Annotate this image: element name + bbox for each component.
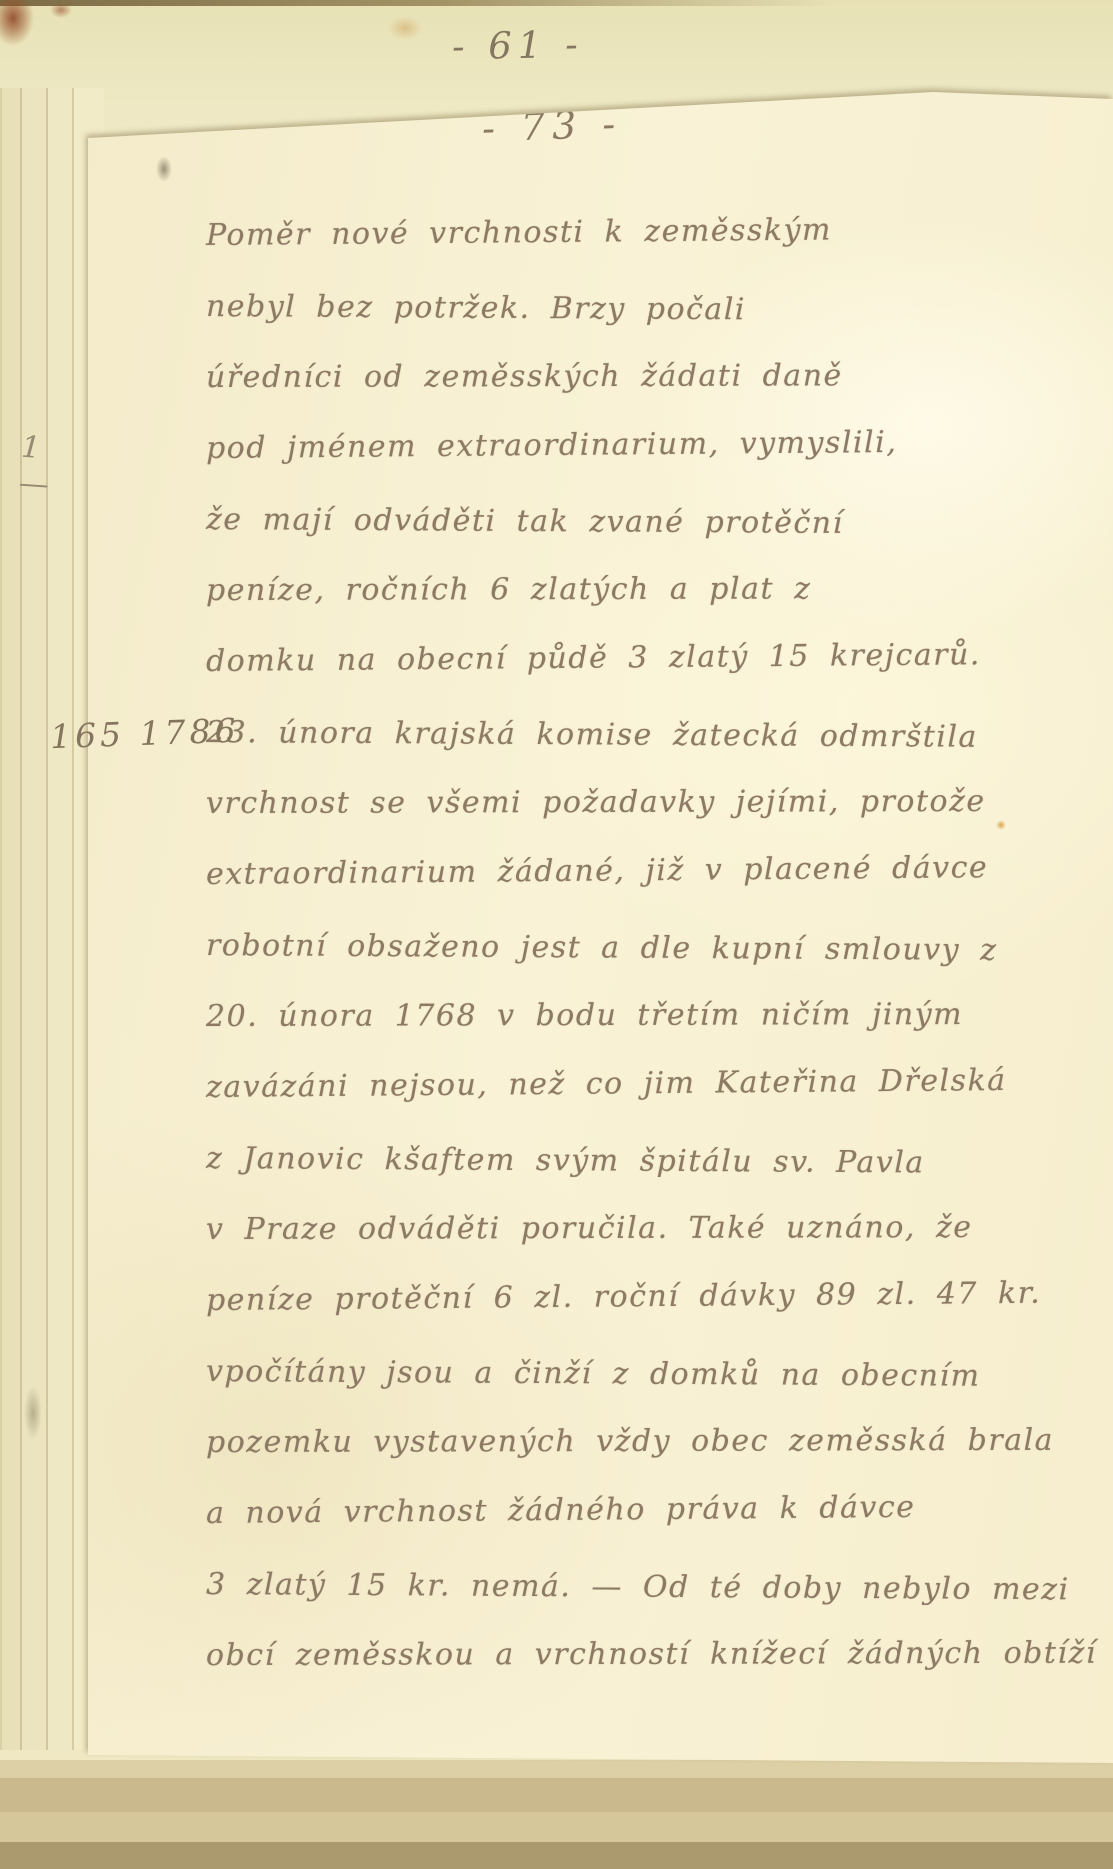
- ink-speck: [156, 156, 172, 182]
- handwritten-line: 23. února krajská komise žatecká odmršti…: [206, 697, 1097, 773]
- manuscript-page: - 73 - Poměr nové vrchnosti k zeměsským …: [88, 0, 1113, 1770]
- handwritten-line: 20. února 1768 v bodu třetím ničím jiným: [206, 979, 1097, 1052]
- handwritten-line: nebyl bez potržek. Brzy počali: [206, 271, 1097, 347]
- handwritten-line: úředníci od zeměsských žádati daně: [206, 340, 1097, 413]
- margin-note-archive-number: 165 1786: [49, 711, 240, 757]
- paper-speck: [996, 820, 1006, 830]
- edge-mark-dash: —: [18, 469, 60, 502]
- page-number: - 73 -: [481, 102, 623, 151]
- handwritten-line: zavázáni nejsou, než co jim Kateřina Dře…: [206, 1044, 1097, 1123]
- handwritten-line: vpočítány jsou a činží z domků na obecní…: [206, 1336, 1097, 1412]
- edge-mark-digit: 1: [20, 430, 41, 466]
- handwritten-line: robotní obsaženo jest a dle kupní smlouv…: [206, 910, 1097, 986]
- handwritten-line: z Janovic kšaftem svým špitálu sv. Pavla: [206, 1123, 1097, 1199]
- manuscript-page-wrapper: - 73 - Poměr nové vrchnosti k zeměsským …: [0, 0, 1113, 1869]
- handwritten-line: peníze protěční 6 zl. roční dávky 89 zl.…: [206, 1257, 1097, 1336]
- left-edge-pencil-mark: 1 —: [18, 433, 63, 502]
- handwritten-line: Poměr nové vrchnosti k zeměsským: [206, 192, 1097, 271]
- handwritten-line: extraordinarium žádané, již v placené dá…: [206, 831, 1097, 910]
- edge-smudge: [24, 1386, 42, 1440]
- handwritten-line: a nová vrchnost žádného práva k dávce: [206, 1470, 1097, 1549]
- handwritten-line: obcí zeměsskou a vrchností knížecí žádný…: [206, 1618, 1097, 1691]
- handwritten-line: peníze, ročních 6 zlatých a plat z: [206, 553, 1097, 626]
- handwritten-line: 3 zlatý 15 kr. nemá. — Od té doby nebylo…: [206, 1549, 1097, 1625]
- handwritten-line: pod jménem extraordinarium, vymyslili,: [206, 405, 1097, 484]
- handwritten-text-block: Poměr nové vrchnosti k zeměsským nebyl b…: [206, 200, 1097, 1691]
- handwritten-line: pozemku vystavených vždy obec zeměsská b…: [206, 1405, 1097, 1478]
- scanned-manuscript-photo: - 61 - - 73 - Poměr nové vrchnosti k zem…: [0, 0, 1113, 1869]
- handwritten-line: že mají odváděti tak zvané protěční: [206, 484, 1097, 560]
- handwritten-line: v Praze odváděti poručila. Také uznáno, …: [206, 1192, 1097, 1265]
- handwritten-line: domku na obecní půdě 3 zlatý 15 krejcarů…: [206, 618, 1097, 697]
- handwritten-line: vrchnost se všemi požadavky jejími, prot…: [206, 766, 1097, 839]
